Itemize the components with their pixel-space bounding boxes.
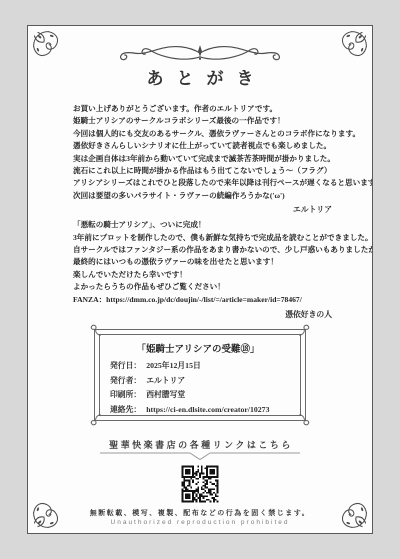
copyright-notice-en: Unauthorized reproduction prohibited (28, 519, 372, 527)
box-curl-icon (298, 323, 312, 337)
row-label: 連絡先： (110, 403, 141, 418)
afterword-paragraph-1: お買い上げありがとうございます。作者のエルトリアです。 姫騎士アリシアのサークル… (73, 103, 338, 202)
text-line: よかったらうちの作品もぜひご覧ください！ (73, 281, 338, 293)
text-line: 楽しんでいただけたら幸いです！ (73, 269, 338, 281)
colophon-row-contact: 連絡先： https://ci-en.dlsite.com/creator/10… (110, 403, 294, 418)
text-line: 流石にこれ以上に時間が掛かる作品はもう出てこないでしょう～（フラグ） (73, 165, 338, 177)
copyright-notice-jp: 無断転載、模写、複製、配布などの行為を固く禁じます。 (28, 509, 372, 518)
text-line: アリシアシリーズはこれでひと段落したので来年以降は刊行ペースが遅くなると思います… (73, 177, 338, 189)
guest-signature: 憑依好きの人 (28, 309, 332, 321)
row-value: 西村謄写堂 (146, 388, 185, 403)
colophon-box: 「姫騎士アリシアの受難⑱」 発行日： 2025年12月15日 発行者： エルトリ… (94, 329, 306, 421)
colophon-row-publish-date: 発行日： 2025年12月15日 (110, 359, 294, 374)
text-line: 実は企画自体は3年前から動いていて完成まで滅茶苦茶時間が掛かりました。 (73, 153, 338, 165)
text-line: 3年前にプロットを制作したので、僕も新鮮な気持ちで完成品を読むことができました。 (73, 232, 338, 244)
store-links-heading: 聖華快楽書店の各種リンクはこちら (28, 439, 372, 451)
contact-url: https://ci-en.dlsite.com/creator/10273 (146, 403, 269, 418)
chevron-down-icon (98, 452, 302, 461)
afterword-paragraph-2: 「悪転の騎士アリシア」、ついに完成！ 3年前にプロットを制作したので、僕も新鮮な… (73, 219, 338, 306)
text-line: 自サークルではファンタジー系の作品をあまり書かないので、少し戸惑いもありましたが… (73, 244, 338, 256)
author-signature: エルトリア (28, 204, 332, 216)
row-label: 印刷所： (110, 388, 141, 403)
row-value: 2025年12月15日 (146, 359, 201, 374)
afterword-page: あとがき お買い上げありがとうございます。作者のエルトリアです。 姫騎士アリシア… (27, 25, 373, 534)
box-curl-icon (88, 413, 102, 427)
text-line: 今回は個人的にも交友のあるサークル、憑依ラヴァーさんとのコラボ作になります。 (73, 128, 338, 140)
text-line: 次回は要望の多いパラサイト・ラヴァーの続編作ろうかな('ω') (73, 190, 338, 202)
corner-flourish-top-right (331, 29, 369, 67)
corner-flourish-top-left (31, 29, 69, 67)
box-curl-icon (298, 413, 312, 427)
book-title: 「姫騎士アリシアの受難⑱」 (110, 341, 286, 355)
row-label: 発行者： (110, 374, 141, 389)
text-line: 最終的にはいつもの憑依ラヴァーの味を出せたと思います！ (73, 256, 338, 268)
fanza-url-line: FANZA：https://dmm.co.jp/dc/doujin/-/list… (73, 294, 338, 306)
text-line: 「悪転の騎士アリシア」、ついに完成！ (73, 219, 338, 231)
header-ornament (112, 40, 288, 66)
qr-code (180, 464, 220, 504)
colophon-row-printer: 印刷所： 西村謄写堂 (110, 388, 294, 403)
text-line: 姫騎士アリシアのサークルコラボシリーズ最後の一作品です！ (73, 115, 338, 127)
text-line: 憑依好きさんらしいシナリオに仕上がっていて読者視点でも楽しめました。 (73, 140, 338, 152)
colophon-row-publisher: 発行者： エルトリア (110, 374, 294, 389)
text-line: お買い上げありがとうございます。作者のエルトリアです。 (73, 103, 338, 115)
row-value: エルトリア (146, 374, 185, 389)
box-curl-icon (88, 323, 102, 337)
row-label: 発行日： (110, 359, 141, 374)
colophon-inner: 「姫騎士アリシアの受難⑱」 発行日： 2025年12月15日 発行者： エルトリ… (99, 334, 301, 416)
page-title: あとがき (28, 67, 372, 91)
